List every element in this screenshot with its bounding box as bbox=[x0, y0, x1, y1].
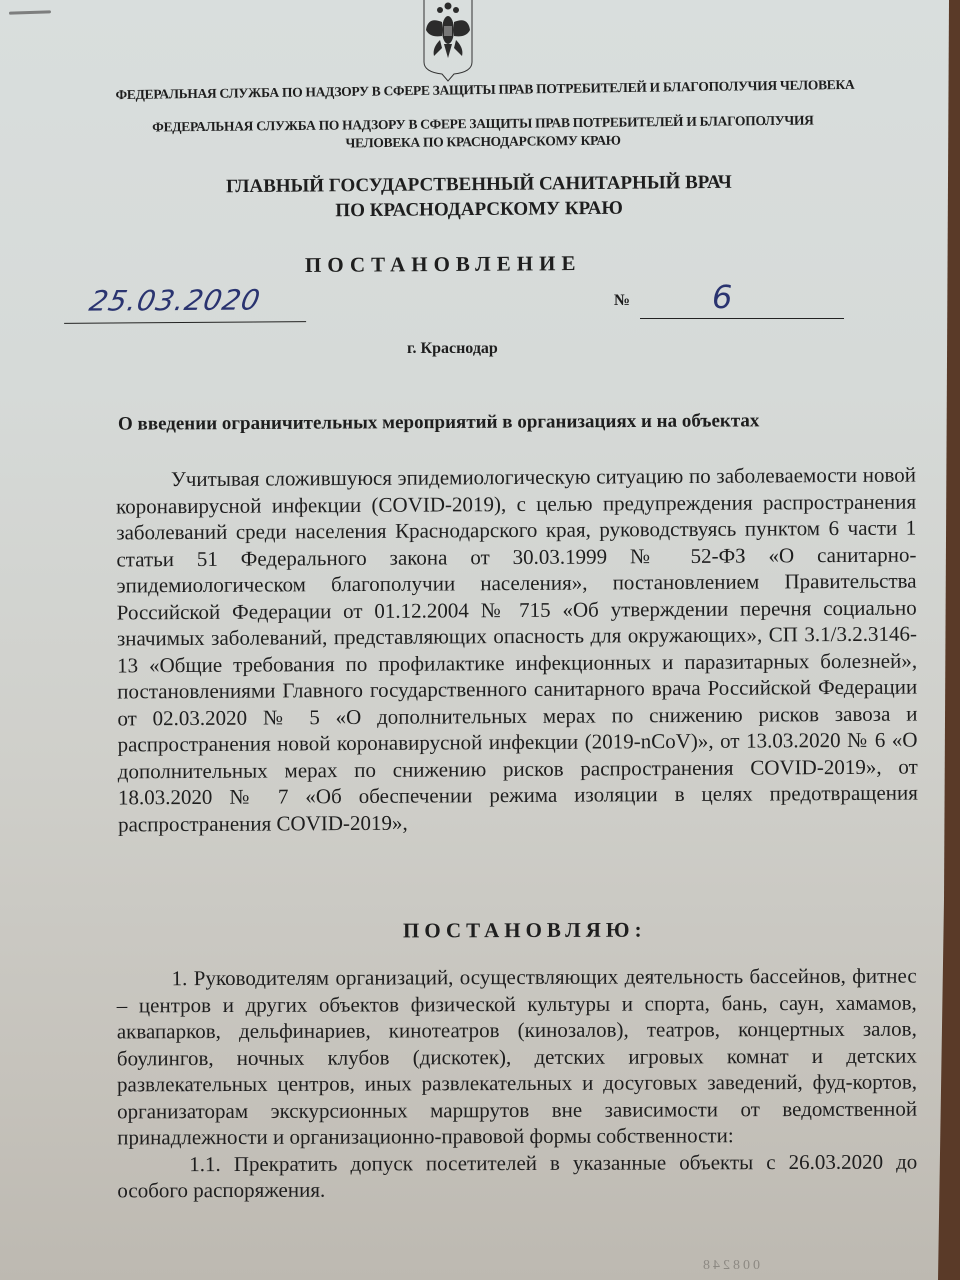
number-field: 6 bbox=[640, 286, 844, 319]
preamble-section: Учитывая сложившуюся эпидемиологическую … bbox=[116, 462, 918, 838]
agency-header: ФЕДЕРАЛЬНАЯ СЛУЖБА ПО НАДЗОРУ В СФЕРЕ ЗА… bbox=[10, 75, 960, 104]
clauses-section: 1. Руководителям организаций, осуществля… bbox=[117, 963, 918, 1204]
pen-mark bbox=[9, 10, 51, 14]
date-field: 25.03.2020 bbox=[64, 289, 306, 324]
city-line: г. Краснодар bbox=[407, 340, 498, 358]
resolve-heading: ПОСТАНОВЛЯЮ: bbox=[403, 918, 647, 944]
handwritten-number: 6 bbox=[712, 278, 732, 316]
preamble-paragraph: Учитывая сложившуюся эпидемиологическую … bbox=[116, 462, 918, 838]
clause-1-1: 1.1. Прекратить допуск посетителей в ука… bbox=[117, 1148, 917, 1204]
official-title: ГЛАВНЫЙ ГОСУДАРСТВЕННЫЙ САНИТАРНЫЙ ВРАЧ … bbox=[4, 168, 954, 226]
bleed-through-number: 008248 bbox=[700, 1258, 760, 1274]
clause-1: 1. Руководителям организаций, осуществля… bbox=[117, 963, 918, 1151]
regional-agency-header: ФЕДЕРАЛЬНАЯ СЛУЖБА ПО НАДЗОРУ В СФЕРЕ ЗА… bbox=[8, 110, 958, 156]
document-subject: О введении ограничительных мероприятий в… bbox=[118, 410, 759, 435]
russian-coat-of-arms-icon bbox=[418, 0, 478, 82]
document-page: ФЕДЕРАЛЬНАЯ СЛУЖБА ПО НАДЗОРУ В СФЕРЕ ЗА… bbox=[0, 0, 950, 1280]
handwritten-date: 25.03.2020 bbox=[87, 283, 264, 317]
document-type-title: ПОСТАНОВЛЕНИЕ bbox=[305, 251, 582, 278]
number-label: № bbox=[614, 292, 630, 310]
